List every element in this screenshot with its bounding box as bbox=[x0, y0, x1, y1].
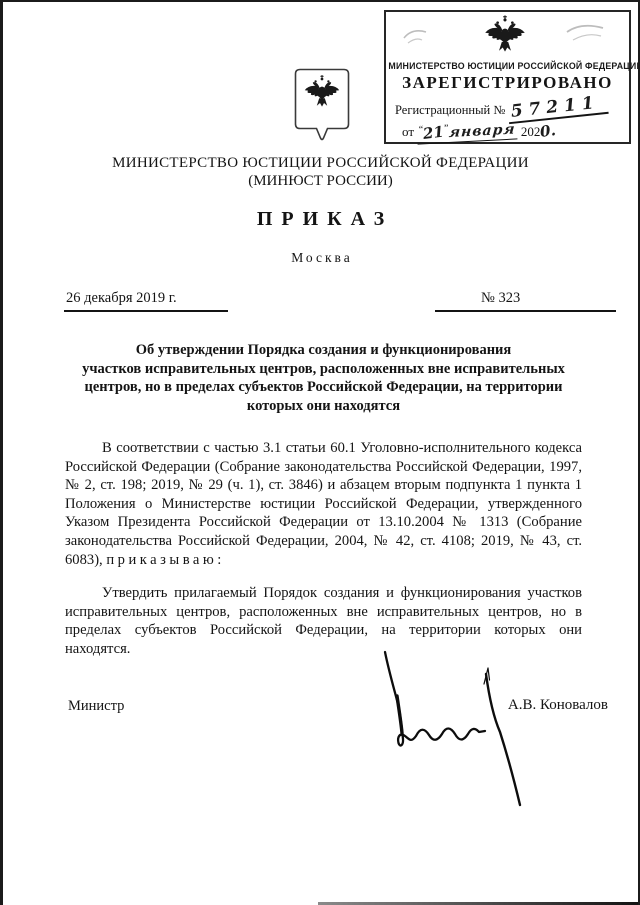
body-paragraph-1: В соответствии с частью 3.1 статьи 60.1 … bbox=[65, 439, 582, 569]
title-line: участков исправительных центров, располо… bbox=[71, 360, 576, 379]
stamp-registration-number: 57211 bbox=[507, 92, 609, 124]
document-date: 26 декабря 2019 г. bbox=[66, 290, 177, 307]
stamp-registration-label: Регистрационный № bbox=[395, 103, 505, 117]
stamp-smudge-left bbox=[400, 24, 440, 46]
city-label: Москва bbox=[3, 250, 638, 266]
signatory-name: А.В. Коновалов bbox=[508, 697, 608, 714]
title-line: центров, но в пределах субъектов Российс… bbox=[71, 378, 576, 397]
stamp-date-day: 21 bbox=[423, 123, 446, 143]
document-title: Об утверждении Порядка создания и функци… bbox=[71, 341, 576, 415]
stamp-date-year-hand: 0. bbox=[539, 121, 557, 141]
stamp-registered-label: ЗАРЕГИСТРИРОВАНО bbox=[386, 73, 629, 93]
stamp-eagle-icon bbox=[482, 15, 528, 57]
document-page: МИНИСТЕРСТВО ЮСТИЦИИ РОССИЙСКОЙ ФЕДЕРАЦИ… bbox=[0, 0, 640, 905]
ministry-short-name: (МИНЮСТ РОССИИ) bbox=[3, 173, 638, 190]
title-line: Об утверждении Порядка создания и функци… bbox=[71, 341, 576, 360]
stamp-registration-row: Регистрационный №57211 bbox=[395, 99, 608, 121]
russia-coat-of-arms-icon bbox=[294, 68, 350, 146]
paragraph-1-text: В соответствии с частью 3.1 статьи 60.1 … bbox=[65, 440, 582, 568]
paragraph-1-emphasis: приказываю: bbox=[106, 552, 224, 568]
stamp-date-year: 202 bbox=[521, 124, 541, 139]
ministry-name: МИНИСТЕРСТВО ЮСТИЦИИ РОССИЙСКОЙ ФЕДЕРАЦИ… bbox=[3, 155, 638, 172]
document-body: В соответствии с частью 3.1 статьи 60.1 … bbox=[65, 439, 582, 659]
handwritten-signature bbox=[371, 644, 526, 819]
stamp-smudge-right bbox=[561, 20, 609, 46]
number-underline bbox=[435, 310, 616, 312]
title-line: которых они находятся bbox=[71, 397, 576, 416]
document-type: ПРИКАЗ bbox=[3, 208, 638, 231]
stamp-date-prefix: от bbox=[402, 124, 414, 139]
stamp-date-row: от “21”января 2020. bbox=[402, 122, 556, 142]
signatory-position: Министр bbox=[68, 698, 124, 715]
registration-stamp: МИНИСТЕРСТВО ЮСТИЦИИ РОССИЙСКОЙ ФЕДЕРАЦИ… bbox=[384, 10, 631, 144]
date-underline bbox=[64, 310, 228, 312]
stamp-ministry-line: МИНИСТЕРСТВО ЮСТИЦИИ РОССИЙСКОЙ ФЕДЕРАЦИ… bbox=[388, 61, 626, 71]
document-number: № 323 bbox=[481, 290, 520, 307]
stamp-date-month: января bbox=[448, 121, 516, 141]
